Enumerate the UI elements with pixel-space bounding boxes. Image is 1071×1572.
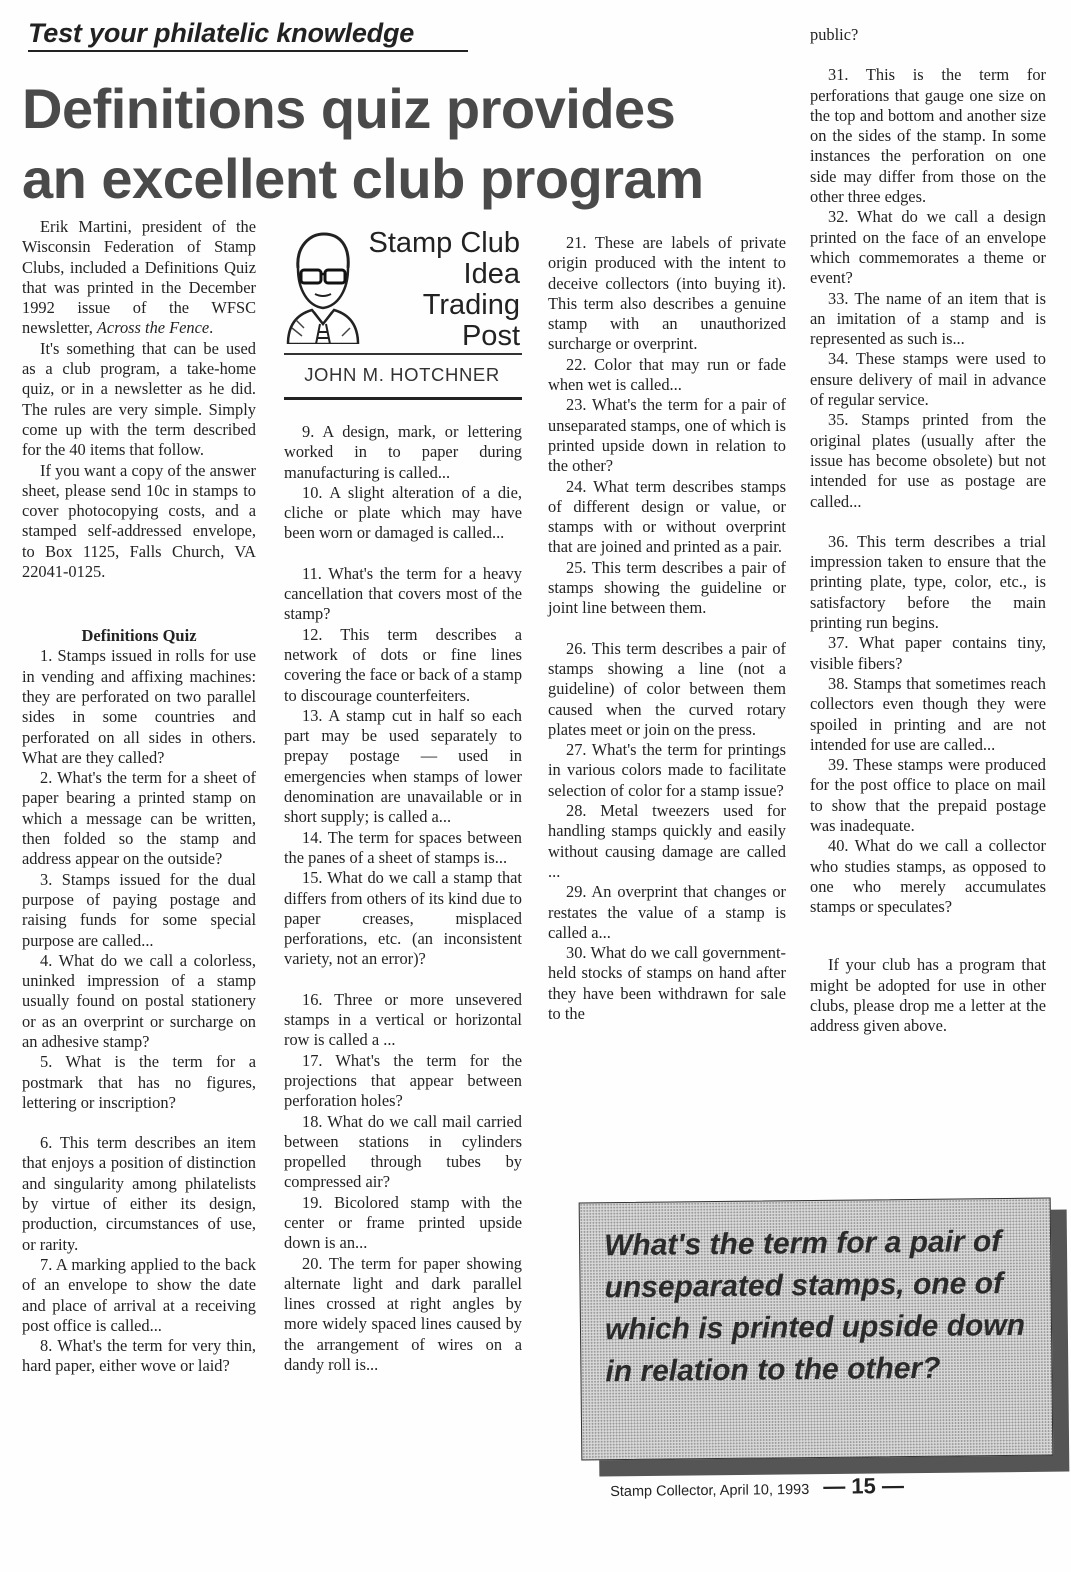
quiz-item-38: 38. Stamps that sometimes reach collecto… [810, 674, 1046, 755]
page-footer: Stamp Collector, April 10, 1993 — 15 — [610, 1473, 904, 1502]
quiz-heading: Definitions Quiz [22, 626, 256, 646]
quiz-item-15: 15. What do we call a stamp that differs… [284, 868, 522, 969]
quiz-item-27: 27. What's the term for printings in var… [548, 740, 786, 801]
quiz-item-35: 35. Stamps printed from the original pla… [810, 410, 1046, 511]
quiz-item-2: 2. What's the term for a sheet of paper … [22, 768, 256, 869]
quiz-item-7: 7. A marking applied to the back of an e… [22, 1255, 256, 1336]
quiz-item-23: 23. What's the term for a pair of unsepa… [548, 395, 786, 476]
quiz-item-1: 1. Stamps issued in rolls for use in ven… [22, 646, 256, 768]
pullquote-box: What's the term for a pair of unseparate… [579, 1198, 1054, 1461]
quiz-item-3: 3. Stamps issued for the dual purpose of… [22, 870, 256, 951]
headline-line-1: Definitions quiz provides [22, 74, 792, 144]
section-kicker: Test your philatelic knowledge [28, 18, 468, 52]
closing-paragraph: If your club has a program that might be… [810, 955, 1046, 1036]
quiz-item-40: 40. What do we call a collector who stud… [810, 836, 1046, 917]
quiz-item-31: 31. This is the term for perforations th… [810, 65, 1046, 207]
column-logo: Stamp Club Idea Trading Post JOHN M. HOT… [282, 224, 522, 404]
quiz-item-20: 20. The term for paper showing alternate… [284, 1254, 522, 1376]
quiz-item-13: 13. A stamp cut in half so each part may… [284, 706, 522, 828]
quiz-item-5: 5. What is the term for a postmark that … [22, 1052, 256, 1113]
quiz-item-33: 33. The name of an item that is an imita… [810, 289, 1046, 350]
headline: Definitions quiz provides an excellent c… [22, 74, 792, 214]
quiz-item-14: 14. The term for spaces between the pane… [284, 828, 522, 869]
quiz-item-39: 39. These stamps were produced for the p… [810, 755, 1046, 836]
column-1: Erik Martini, president of the Wisconsin… [22, 217, 256, 1377]
quiz-item-18: 18. What do we call mail carried between… [284, 1112, 522, 1193]
newspaper-page: Test your philatelic knowledge Definitio… [0, 0, 1071, 1572]
quiz-item-36: 36. This term describes a trial impressi… [810, 532, 1046, 633]
quiz-item-16: 16. Three or more unsevered stamps in a … [284, 990, 522, 1051]
quiz-item-32: 32. What do we call a design printed on … [810, 207, 1046, 288]
quiz-item-9: 9. A design, mark, or lettering worked i… [284, 422, 522, 483]
author-portrait-icon [284, 228, 362, 344]
quiz-item-28: 28. Metal tweezers used for handling sta… [548, 801, 786, 882]
quiz-item-10: 10. A slight alteration of a die, cliche… [284, 483, 522, 544]
divider [284, 353, 522, 355]
divider [284, 397, 522, 400]
column-4: public? 31. This is the term for perfora… [810, 25, 1046, 1037]
quiz-item-37: 37. What paper contains tiny, visible fi… [810, 633, 1046, 674]
quiz-item-25: 25. This term describes a pair of stamps… [548, 558, 786, 619]
quiz-item-34: 34. These stamps were used to ensure del… [810, 349, 1046, 410]
quiz-item-22: 22. Color that may run or fade when wet … [548, 355, 786, 396]
author-byline: JOHN M. HOTCHNER [282, 364, 522, 386]
column-3: 21. These are labels of private origin p… [548, 233, 786, 1024]
quiz-item-24: 24. What term describes stamps of differ… [548, 477, 786, 558]
quiz-item-4: 4. What do we call a colorless, uninked … [22, 951, 256, 1052]
column-title: Stamp Club Idea Trading Post [368, 228, 520, 352]
quiz-item-19: 19. Bicolored stamp with the center or f… [284, 1193, 522, 1254]
publication-dateline: Stamp Collector, April 10, 1993 [610, 1482, 809, 1500]
quiz-item-26: 26. This term describes a pair of stamps… [548, 639, 786, 740]
intro-paragraph-1: Erik Martini, president of the Wisconsin… [22, 217, 256, 339]
quiz-item-12: 12. This term describes a network of dot… [284, 625, 522, 706]
quiz-item-30-continued: public? [810, 25, 1046, 45]
headline-line-2: an excellent club program [22, 144, 792, 214]
page-number: — 15 — [823, 1473, 904, 1499]
quiz-item-8: 8. What's the term for very thin, hard p… [22, 1336, 256, 1377]
intro-paragraph-3: If you want a copy of the answer sheet, … [22, 461, 256, 583]
quiz-item-6: 6. This term describes an item that enjo… [22, 1133, 256, 1255]
quiz-item-21: 21. These are labels of private origin p… [548, 233, 786, 355]
quiz-item-30: 30. What do we call government-held stoc… [548, 943, 786, 1024]
newsletter-title: Across the Fence [97, 318, 209, 337]
quiz-item-11: 11. What's the term for a heavy cancella… [284, 564, 522, 625]
quiz-item-17: 17. What's the term for the projections … [284, 1051, 522, 1112]
quiz-item-29: 29. An overprint that changes or restate… [548, 882, 786, 943]
pullquote-text: What's the term for a pair of unseparate… [604, 1221, 1036, 1393]
intro-paragraph-2: It's something that can be used as a clu… [22, 339, 256, 461]
column-2: 9. A design, mark, or lettering worked i… [284, 422, 522, 1375]
